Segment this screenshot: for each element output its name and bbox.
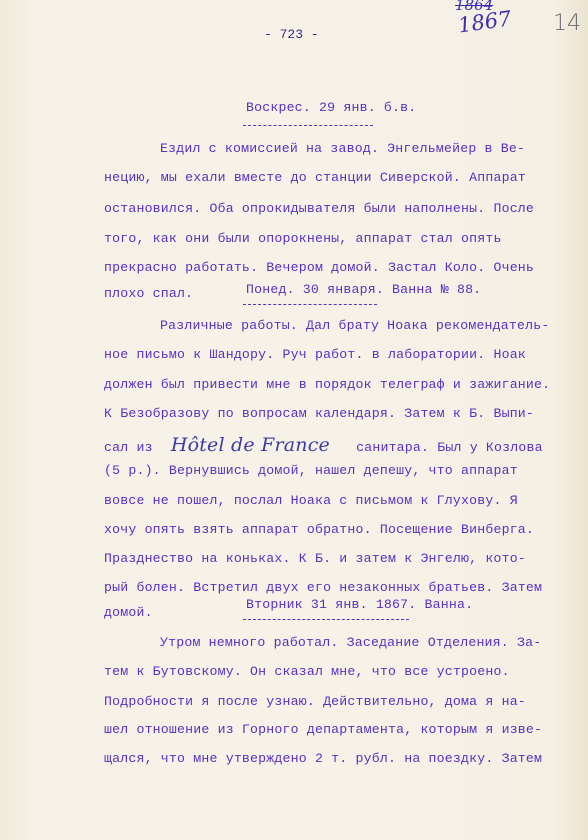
entry-heading: Понед. 30 января. Ванна № 88. [246, 282, 481, 297]
heading-underline [243, 125, 373, 126]
text-line: Различные работы. Дал брату Ноака рекоме… [160, 318, 549, 333]
text-line: того, как они были опорокнены, аппарат с… [104, 231, 502, 246]
text-line: Подробности я после узнаю. Действительно… [104, 694, 526, 709]
text-line: домой. [104, 605, 153, 620]
text-line: плохо спал. [104, 286, 193, 301]
text-line: должен был привести мне в порядок телегр… [104, 377, 550, 392]
text-fragment: сал из [104, 440, 153, 455]
typescript-page: - 723 - 1864 1867 14 Воскрес. 29 янв. б.… [0, 0, 588, 840]
text-line: нецию, мы ехали вместе до станции Сиверс… [104, 170, 526, 185]
text-line: прекрасно работать. Вечером домой. Заста… [104, 260, 534, 275]
text-line: щался, что мне утверждено 2 т. рубл. на … [104, 751, 542, 766]
text-line: хочу опять взять аппарат обратно. Посеще… [104, 522, 534, 537]
page-number: - 723 - [264, 27, 319, 42]
heading-underline [243, 619, 409, 620]
text-line: шел отношение из Горного департамента, к… [104, 722, 542, 737]
text-line: Празднество на коньках. К Б. и затем к Э… [104, 551, 526, 566]
entry-heading: Вторник 31 янв. 1867. Ванна. [246, 597, 473, 612]
text-line: К Безобразову по вопросам календаря. Зат… [104, 406, 534, 421]
text-line: Ездил с комиссией на завод. Энгельмейер … [160, 141, 525, 156]
text-line: ное письмо к Шандору. Руч работ. в лабор… [104, 347, 526, 362]
text-line: тем к Бутовскому. Он сказал мне, что все… [104, 664, 510, 679]
text-line: Утром немного работал. Заседание Отделен… [160, 635, 541, 650]
text-line: (5 р.). Вернувшись домой, нашел депешу, … [104, 463, 518, 478]
text-fragment: санитара. Был у Козлова [356, 440, 543, 455]
text-line: вовсе не пошел, послал Ноака с письмом к… [104, 493, 518, 508]
entry-heading: Воскрес. 29 янв. б.в. [246, 100, 416, 115]
heading-underline [243, 304, 377, 305]
text-line: рый болен. Встретил двух его незаконных … [104, 580, 542, 595]
handwritten-insert: Hôtel de France [171, 434, 330, 456]
text-line: остановился. Оба опрокидывателя были нап… [104, 201, 534, 216]
text-line-with-insert: сал из Hôtel de France санитара. Был у К… [104, 434, 543, 456]
folio-number: 14 [553, 11, 581, 36]
